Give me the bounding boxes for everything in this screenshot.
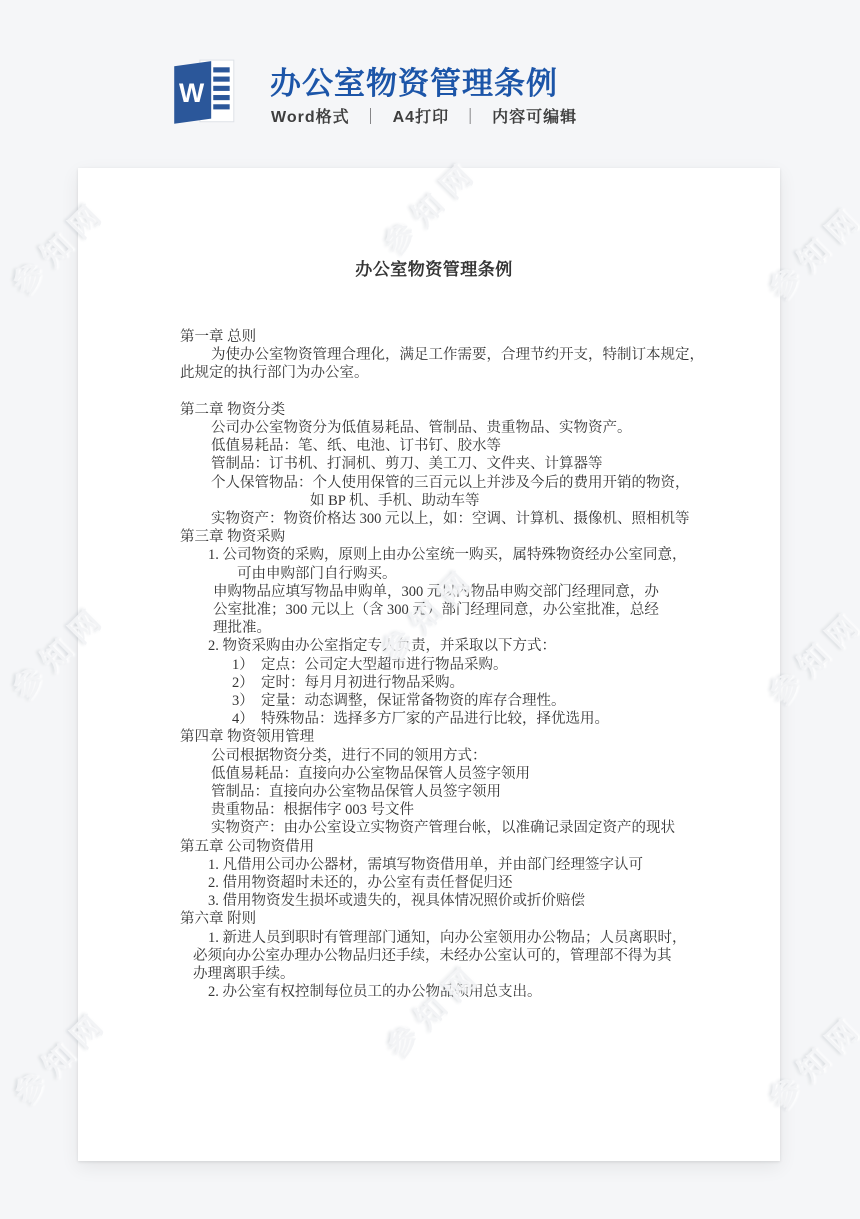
format-item: A4打印 xyxy=(393,109,449,126)
doc-line: 实物资产：物资价格达 300 元以上，如：空调、计算机、摄像机、照相机等 xyxy=(180,510,688,528)
doc-line: 2. 物资采购由办公室指定专人负责，并采取以下方式： xyxy=(180,637,688,655)
doc-line: 3. 借用物资发生损坏或遗失的，视具体情况照价或折价赔偿 xyxy=(180,892,688,910)
doc-line: 2. 办公室有权控制每位员工的办公物品领用总支出。 xyxy=(180,983,688,1001)
chapter-heading: 第五章 公司物资借用 xyxy=(180,838,688,856)
doc-line: 2） 定时：每月月初进行物品采购。 xyxy=(180,674,688,692)
doc-line: 如 BP 机、手机、助动车等 xyxy=(180,492,688,510)
chapter-heading: 第四章 物资领用管理 xyxy=(180,728,688,746)
doc-line: 贵重物品：根据伟字 003 号文件 xyxy=(180,801,688,819)
format-item: 内容可编辑 xyxy=(492,109,577,126)
chapter-heading: 第六章 附则 xyxy=(180,910,688,928)
page-title: 办公室物资管理条例 xyxy=(270,58,558,103)
format-item: Word格式 xyxy=(271,109,350,126)
doc-line: 办理离职手续。 xyxy=(180,965,688,983)
chapter-heading: 第二章 物资分类 xyxy=(180,401,688,419)
doc-line: 管制品：直接向办公室物品保管人员签字领用 xyxy=(180,783,688,801)
doc-line: 必须向办公室办理办公物品归还手续，未经办公室认可的，管理部不得为其 xyxy=(180,947,688,965)
format-info: Word格式｜A4打印｜内容可编辑 xyxy=(271,104,577,127)
doc-line: 可由申购部门自行购买。 xyxy=(180,565,688,583)
doc-line: 低值易耗品：直接向办公室物品保管人员签字领用 xyxy=(180,765,688,783)
doc-line: 实物资产：由办公室设立实物资产管理台帐，以准确记录固定资产的现状 xyxy=(180,819,688,837)
doc-line: 理批准。 xyxy=(180,619,688,637)
doc-line: 个人保管物品：个人使用保管的三百元以上并涉及今后的费用开销的物资， xyxy=(180,474,688,492)
doc-line: 1. 新进人员到职时有管理部门通知，向办公室领用办公物品；人员离职时， xyxy=(180,929,688,947)
separator: ｜ xyxy=(363,109,380,126)
chapter-heading: 第一章 总则 xyxy=(180,328,688,346)
doc-line: 1. 公司物资的采购，原则上由办公室统一购买，属特殊物资经办公室同意， xyxy=(180,546,688,564)
page-background: 参知网参知网参知网参知网参知网参知网参知网参知网参知网 W 办公室物资管理条例 … xyxy=(0,0,860,1219)
chapter-heading: 第三章 物资采购 xyxy=(180,528,688,546)
document-page: 办公室物资管理条例 第一章 总则为使办公室物资管理合理化，满足工作需要，合理节约… xyxy=(78,168,780,1161)
doc-line: 公司办公室物资分为低值易耗品、管制品、贵重物品、实物资产。 xyxy=(180,419,688,437)
header: W 办公室物资管理条例 Word格式｜A4打印｜内容可编辑 xyxy=(0,0,860,150)
doc-line: 4） 特殊物品：选择多方厂家的产品进行比较，择优选用。 xyxy=(180,710,688,728)
word-logo-icon: W xyxy=(170,56,238,132)
doc-line: 申购物品应填写物品申购单，300 元以内物品申购交部门经理同意，办 xyxy=(180,583,688,601)
document-body: 第一章 总则为使办公室物资管理合理化，满足工作需要，合理节约开支，特制订本规定，… xyxy=(180,328,688,1002)
doc-line: 1. 凡借用公司办公器材，需填写物资借用单，并由部门经理签字认可 xyxy=(180,856,688,874)
doc-line: 管制品：订书机、打洞机、剪刀、美工刀、文件夹、计算器等 xyxy=(180,455,688,473)
doc-line: 2. 借用物资超时未还的，办公室有责任督促归还 xyxy=(180,874,688,892)
doc-line: 此规定的执行部门为办公室。 xyxy=(180,364,688,382)
doc-line: 低值易耗品：笔、纸、电池、订书钉、胶水等 xyxy=(180,437,688,455)
doc-line xyxy=(180,383,688,401)
doc-line: 公室批准；300 元以上（含 300 元）部门经理同意，办公室批准，总经 xyxy=(180,601,688,619)
doc-line: 1） 定点：公司定大型超市进行物品采购。 xyxy=(180,656,688,674)
doc-line: 公司根据物资分类，进行不同的领用方式： xyxy=(180,747,688,765)
document-title: 办公室物资管理条例 xyxy=(180,258,688,282)
doc-line: 为使办公室物资管理合理化，满足工作需要，合理节约开支，特制订本规定， xyxy=(180,346,688,364)
separator: ｜ xyxy=(462,109,479,126)
doc-line: 3） 定量：动态调整，保证常备物资的库存合理性。 xyxy=(180,692,688,710)
word-logo-letter: W xyxy=(179,78,205,108)
